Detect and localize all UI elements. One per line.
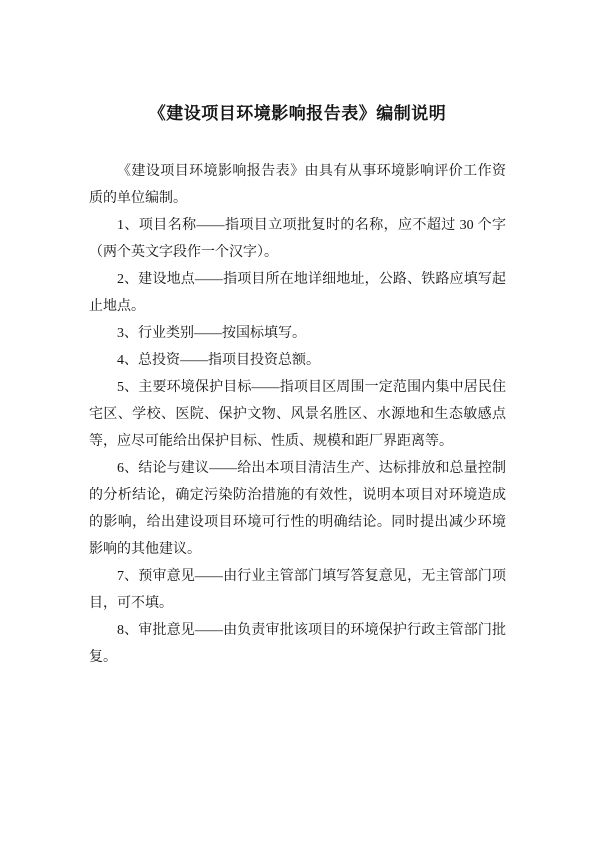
paragraph: 7、预审意见——由行业主管部门填写答复意见，无主管部门项目，可不填。	[89, 563, 506, 617]
paragraph: 5、主要环境保护目标——指项目区周围一定范围内集中居民住宅区、学校、医院、保护文…	[89, 374, 506, 455]
paragraph: 1、项目名称——指项目立项批复时的名称，应不超过 30 个字（两个英文字段作一个…	[89, 212, 506, 266]
paragraph: 3、行业类别——按国标填写。	[89, 320, 506, 347]
paragraph: 2、建设地点——指项目所在地详细地址，公路、铁路应填写起止地点。	[89, 266, 506, 320]
paragraph: 4、总投资——指项目投资总额。	[89, 347, 506, 374]
document-title: 《建设项目环境影响报告表》编制说明	[0, 0, 595, 125]
document-body: 《建设项目环境影响报告表》由具有从事环境影响评价工作资质的单位编制。1、项目名称…	[89, 158, 506, 671]
document-page: 《建设项目环境影响报告表》编制说明 《建设项目环境影响报告表》由具有从事环境影响…	[0, 0, 595, 842]
paragraph: 8、审批意见——由负责审批该项目的环境保护行政主管部门批复。	[89, 617, 506, 671]
paragraph: 6、结论与建议——给出本项目清洁生产、达标排放和总量控制的分析结论，确定污染防治…	[89, 455, 506, 563]
paragraph: 《建设项目环境影响报告表》由具有从事环境影响评价工作资质的单位编制。	[89, 158, 506, 212]
